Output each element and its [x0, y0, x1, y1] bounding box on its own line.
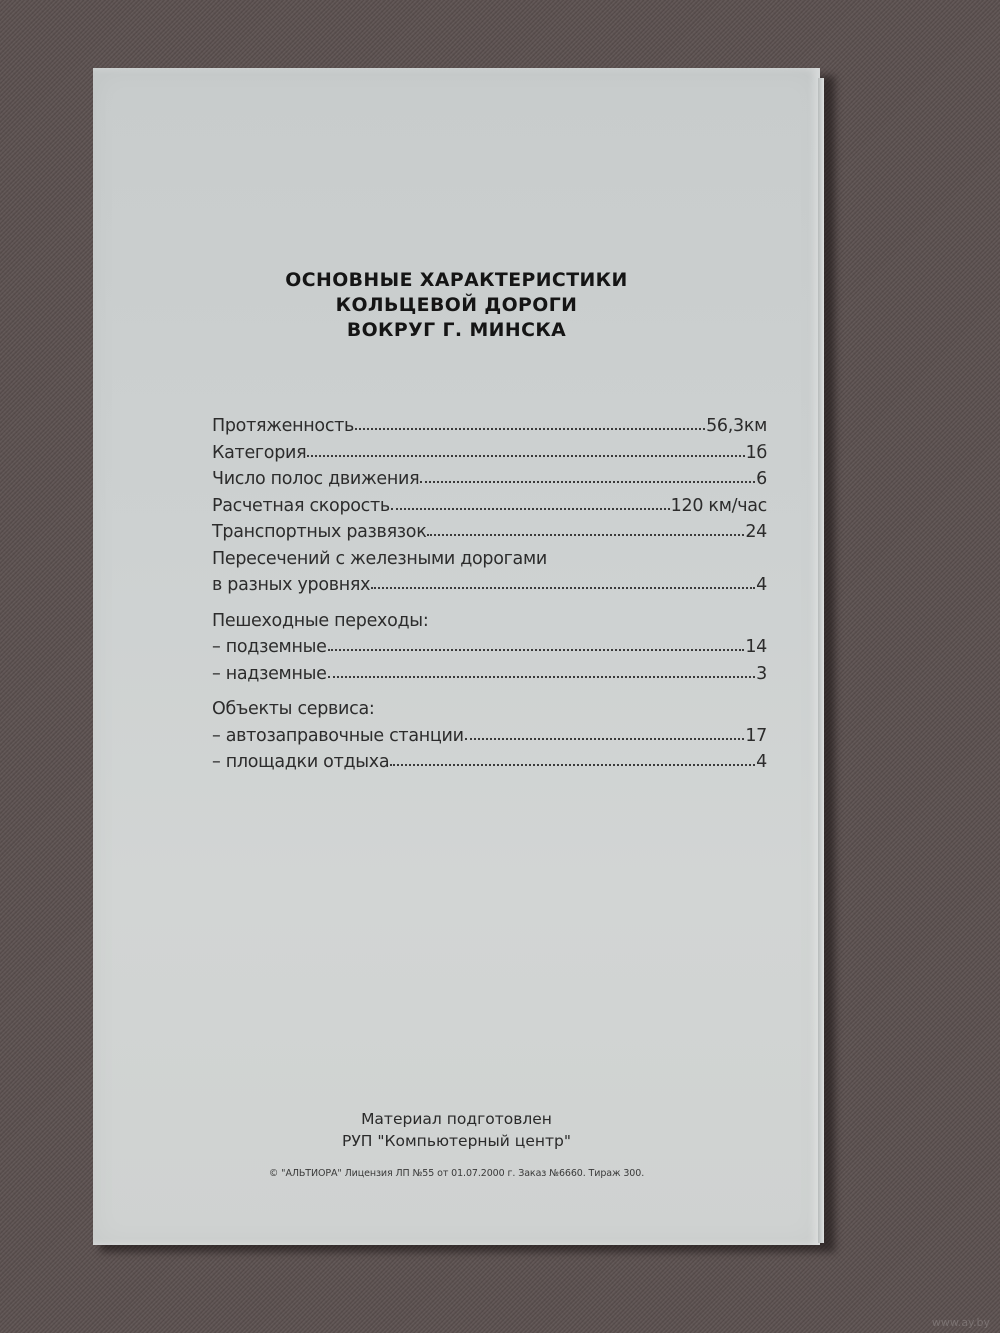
dot-leader	[391, 493, 670, 511]
spec-value: 3	[756, 661, 767, 688]
watermark: www.ay.by	[932, 1316, 990, 1329]
group-gap	[212, 687, 767, 696]
spec-label: Транспортных развязок	[212, 519, 426, 546]
spec-row-length: Протяженность 56,3км	[212, 413, 767, 440]
dot-leader	[328, 634, 745, 652]
pedestrian-heading: Пешеходные переходы:	[212, 608, 767, 635]
spec-row-crossings: в разных уровнях 4	[212, 572, 767, 599]
title-line-2: кольцевой дороги	[86, 293, 828, 318]
spec-label: автозаправочные станции	[212, 723, 464, 750]
imprint: © "АЛЬТИОРА" Лицензия ЛП №55 от 01.07.20…	[93, 1168, 820, 1179]
dot-leader	[427, 519, 744, 537]
spec-value: 6	[756, 466, 767, 493]
spec-row-gas-stations: автозаправочные станции 17	[212, 723, 767, 750]
spec-value: 120 км/час	[671, 493, 767, 520]
spec-value: 17	[745, 723, 767, 750]
spec-label: подземные	[212, 634, 327, 661]
dot-leader	[465, 723, 745, 741]
spec-crossings-line-1: Пересечений с железными дорогами	[212, 546, 767, 573]
spec-row-underground: подземные 14	[212, 634, 767, 661]
spec-label: Расчетная скорость	[212, 493, 390, 520]
spec-label: Категория	[212, 440, 306, 467]
title-line-3: вокруг г. Минска	[86, 318, 828, 343]
spec-row-overground: надземные 3	[212, 661, 767, 688]
spec-row-lanes: Число полос движения 6	[212, 466, 767, 493]
dot-leader	[328, 661, 756, 679]
spec-label: Протяженность	[212, 413, 354, 440]
spec-value: 24	[745, 519, 767, 546]
spec-value: 4	[756, 572, 767, 599]
spec-label: надземные	[212, 661, 327, 688]
spec-row-rest-areas: площадки отдыха 4	[212, 749, 767, 776]
spec-row-category: Категория 1б	[212, 440, 767, 467]
dot-leader	[420, 466, 755, 484]
booklet-back-cover: Основные характеристики кольцевой дороги…	[93, 68, 820, 1245]
spec-label: в разных уровнях	[212, 572, 370, 599]
spec-row-speed: Расчетная скорость 120 км/час	[212, 493, 767, 520]
spec-label: площадки отдыха	[212, 749, 389, 776]
credits: Материал подготовлен РУП "Компьютерный ц…	[93, 1108, 820, 1152]
spec-label: Число полос движения	[212, 466, 419, 493]
credits-line-1: Материал подготовлен	[93, 1108, 820, 1130]
service-heading: Объекты сервиса:	[212, 696, 767, 723]
dot-leader	[307, 440, 744, 458]
spec-value: 4	[756, 749, 767, 776]
dot-leader	[371, 572, 755, 590]
spec-row-interchanges: Транспортных развязок 24	[212, 519, 767, 546]
title-line-1: Основные характеристики	[86, 268, 828, 293]
credits-line-2: РУП "Компьютерный центр"	[93, 1130, 820, 1152]
document-title: Основные характеристики кольцевой дороги…	[86, 268, 828, 343]
group-gap	[212, 599, 767, 608]
specs-list: Протяженность 56,3км Категория 1б Число …	[212, 413, 767, 776]
dot-leader	[390, 749, 755, 767]
spec-value: 14	[745, 634, 767, 661]
page-edge	[818, 78, 824, 1243]
spec-value: 1б	[746, 440, 767, 467]
dot-leader	[355, 413, 705, 431]
spec-value: 56,3км	[706, 413, 767, 440]
